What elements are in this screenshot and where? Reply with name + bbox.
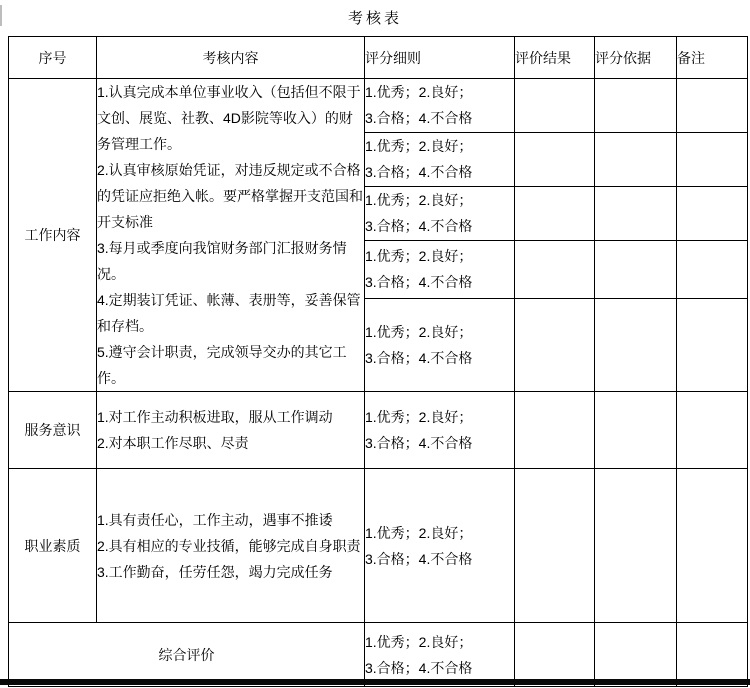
basis-cell[interactable]: [595, 240, 677, 298]
result-cell[interactable]: [515, 298, 595, 392]
header-cell-remark: 备注: [677, 37, 748, 79]
table-row: 工作内容 1.认真完成本单位事业收入（包括但不限于文创、展览、社教、4D影院等收…: [9, 79, 748, 133]
remark-cell[interactable]: [677, 392, 748, 469]
rating-line: 3.合格；4.不合格: [365, 105, 514, 131]
basis-cell[interactable]: [595, 79, 677, 133]
table-row: 服务意识 1.对工作主动积板进取，服从工作调动 2.对本职工作尽职、尽责 1.优…: [9, 392, 748, 469]
rating-cell: 1.优秀；2.良好； 3.合格；4.不合格: [365, 240, 515, 298]
table-header-row: 序号 考核内容 评分细则 评价结果 评分依据 备注: [9, 37, 748, 79]
basis-cell[interactable]: [595, 469, 677, 623]
rating-line: 3.合格；4.不合格: [365, 546, 514, 572]
rating-line: 1.优秀；2.良好；: [365, 520, 514, 546]
content-item: 1.对工作主动积板进取，服从工作调动: [97, 404, 364, 430]
content-item: 2.具有相应的专业技循，能够完成自身职责: [97, 533, 364, 559]
content-item: 4.定期装订凭证、帐薄、表册等，妥善保管和存档。: [97, 287, 364, 339]
rating-line: 3.合格；4.不合格: [365, 430, 514, 456]
table-row: 职业素质 1.具有责任心，工作主动，遇事不推诿 2.具有相应的专业技循，能够完成…: [9, 469, 748, 623]
content-item: 3.工作勤奋，任劳任怨，竭力完成任务: [97, 559, 364, 585]
content-cell-quality: 1.具有责任心，工作主动，遇事不推诿 2.具有相应的专业技循，能够完成自身职责 …: [97, 469, 365, 623]
header-cell-criteria: 评分细则: [365, 37, 515, 79]
rating-cell: 1.优秀；2.良好； 3.合格；4.不合格: [365, 392, 515, 469]
header-cell-serial: 序号: [9, 37, 97, 79]
rating-cell: 1.优秀；2.良好； 3.合格；4.不合格: [365, 469, 515, 623]
rating-line: 1.优秀；2.良好；: [365, 187, 514, 213]
rating-line: 3.合格；4.不合格: [365, 159, 514, 185]
header-cell-result: 评价结果: [515, 37, 595, 79]
result-cell[interactable]: [515, 132, 595, 186]
basis-cell[interactable]: [595, 186, 677, 240]
section-label-service-awareness: 服务意识: [9, 392, 97, 469]
content-cell-work: 1.认真完成本单位事业收入（包括但不限于文创、展览、社教、4D影院等收入）的财务…: [97, 79, 365, 392]
document-page: 考核表 序号 考核内容 评分细则 评价结果 评分依据 备注 工作内容 1.认真完…: [0, 0, 750, 688]
result-cell[interactable]: [515, 392, 595, 469]
remark-cell[interactable]: [677, 240, 748, 298]
basis-cell[interactable]: [595, 392, 677, 469]
basis-cell[interactable]: [595, 623, 677, 687]
result-cell[interactable]: [515, 186, 595, 240]
content-item: 1.具有责任心，工作主动，遇事不推诿: [97, 507, 364, 533]
remark-cell[interactable]: [677, 298, 748, 392]
rating-line: 1.优秀；2.良好；: [365, 319, 514, 345]
table-row: 综合评价 1.优秀；2.良好； 3.合格；4.不合格: [9, 623, 748, 687]
rating-line: 3.合格；4.不合格: [365, 345, 514, 371]
rating-line: 3.合格；4.不合格: [365, 213, 514, 239]
remark-cell[interactable]: [677, 469, 748, 623]
page-bottom-border: [0, 679, 750, 685]
result-cell[interactable]: [515, 623, 595, 687]
remark-cell[interactable]: [677, 623, 748, 687]
section-label-professional-quality: 职业素质: [9, 469, 97, 623]
summary-label-cell: 综合评价: [9, 623, 365, 687]
rating-line: 1.优秀；2.良好；: [365, 133, 514, 159]
rating-cell: 1.优秀；2.良好； 3.合格；4.不合格: [365, 186, 515, 240]
page-title: 考核表: [0, 7, 750, 28]
header-cell-content: 考核内容: [97, 37, 365, 79]
rating-line: 1.优秀；2.良好；: [365, 629, 514, 655]
rating-line: 3.合格；4.不合格: [365, 269, 514, 295]
rating-line: 1.优秀；2.良好；: [365, 404, 514, 430]
rating-cell: 1.优秀；2.良好； 3.合格；4.不合格: [365, 132, 515, 186]
basis-cell[interactable]: [595, 298, 677, 392]
rating-cell: 1.优秀；2.良好； 3.合格；4.不合格: [365, 623, 515, 687]
content-item: 2.对本职工作尽职、尽责: [97, 430, 364, 456]
remark-cell[interactable]: [677, 132, 748, 186]
result-cell[interactable]: [515, 79, 595, 133]
rating-cell: 1.优秀；2.良好； 3.合格；4.不合格: [365, 298, 515, 392]
content-item: 1.认真完成本单位事业收入（包括但不限于文创、展览、社教、4D影院等收入）的财务…: [97, 79, 364, 157]
remark-cell[interactable]: [677, 186, 748, 240]
rating-line: 1.优秀；2.良好；: [365, 243, 514, 269]
header-cell-basis: 评分依据: [595, 37, 677, 79]
rating-line: 1.优秀；2.良好；: [365, 79, 514, 105]
basis-cell[interactable]: [595, 132, 677, 186]
rating-cell: 1.优秀；2.良好； 3.合格；4.不合格: [365, 79, 515, 133]
content-item: 3.每月或季度向我馆财务部门汇报财务情况。: [97, 235, 364, 287]
rating-line: 3.合格；4.不合格: [365, 655, 514, 681]
content-cell-service: 1.对工作主动积板进取，服从工作调动 2.对本职工作尽职、尽责: [97, 392, 365, 469]
section-label-work-content: 工作内容: [9, 79, 97, 392]
result-cell[interactable]: [515, 469, 595, 623]
assessment-table: 序号 考核内容 评分细则 评价结果 评分依据 备注 工作内容 1.认真完成本单位…: [8, 36, 748, 687]
result-cell[interactable]: [515, 240, 595, 298]
content-item: 5.遵守会计职责，完成领导交办的其它工作。: [97, 339, 364, 391]
content-item: 2.认真审核原始凭证，对违反规定或不合格的凭证应拒绝入帐。要严格掌握开支范国和开…: [97, 157, 364, 235]
remark-cell[interactable]: [677, 79, 748, 133]
